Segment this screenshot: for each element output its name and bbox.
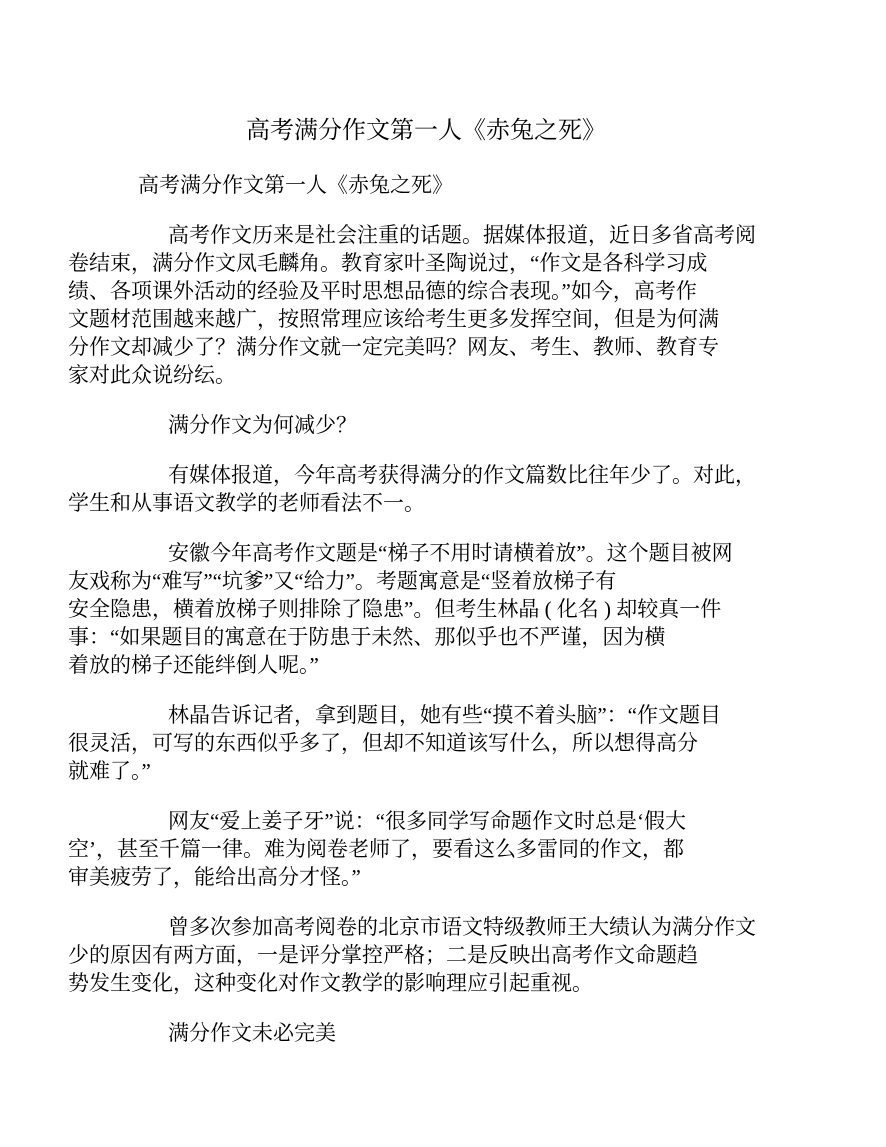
paragraph-media-report: 有媒体报道，今年高考获得满分的作文篇数比往年少了。对此， 学生和从事语文教学的老… [68, 461, 844, 517]
paragraph-anhui-essay-topic: 安徽今年高考作文题是“梯子不用时请横着放”。这个题目被网 友戏称为“难写”“坑爹… [68, 539, 844, 679]
section-heading-why-fewer-perfect-essays: 满分作文为何减少？ [68, 411, 844, 439]
document-title: 高考满分作文第一人《赤兔之死》 [68, 114, 784, 148]
paragraph-netizen-comment: 网友“爱上姜子牙”说：“很多同学写命题作文时总是‘假大 空’，甚至千篇一律。难为… [68, 807, 844, 891]
section-heading-not-necessarily-perfect: 满分作文未必完美 [68, 1019, 844, 1047]
document-page: 高考满分作文第一人《赤兔之死》 高考满分作文第一人《赤兔之死》 高考作文历来是社… [0, 0, 886, 1147]
document-subtitle: 高考满分作文第一人《赤兔之死》 [68, 171, 844, 199]
paragraph-teacher-wangdaji-opinion: 曾多次参加高考阅卷的北京市语文特级教师王大绩认为满分作文 少的原因有两方面，一是… [68, 913, 844, 997]
paragraph-intro: 高考作文历来是社会注重的话题。据媒体报道，近日多省高考阅 卷结束，满分作文凤毛麟… [68, 221, 844, 389]
paragraph-linjing-interview: 林晶告诉记者，拿到题目，她有些“摸不着头脑”：“作文题目 很灵活，可写的东西似乎… [68, 701, 844, 785]
